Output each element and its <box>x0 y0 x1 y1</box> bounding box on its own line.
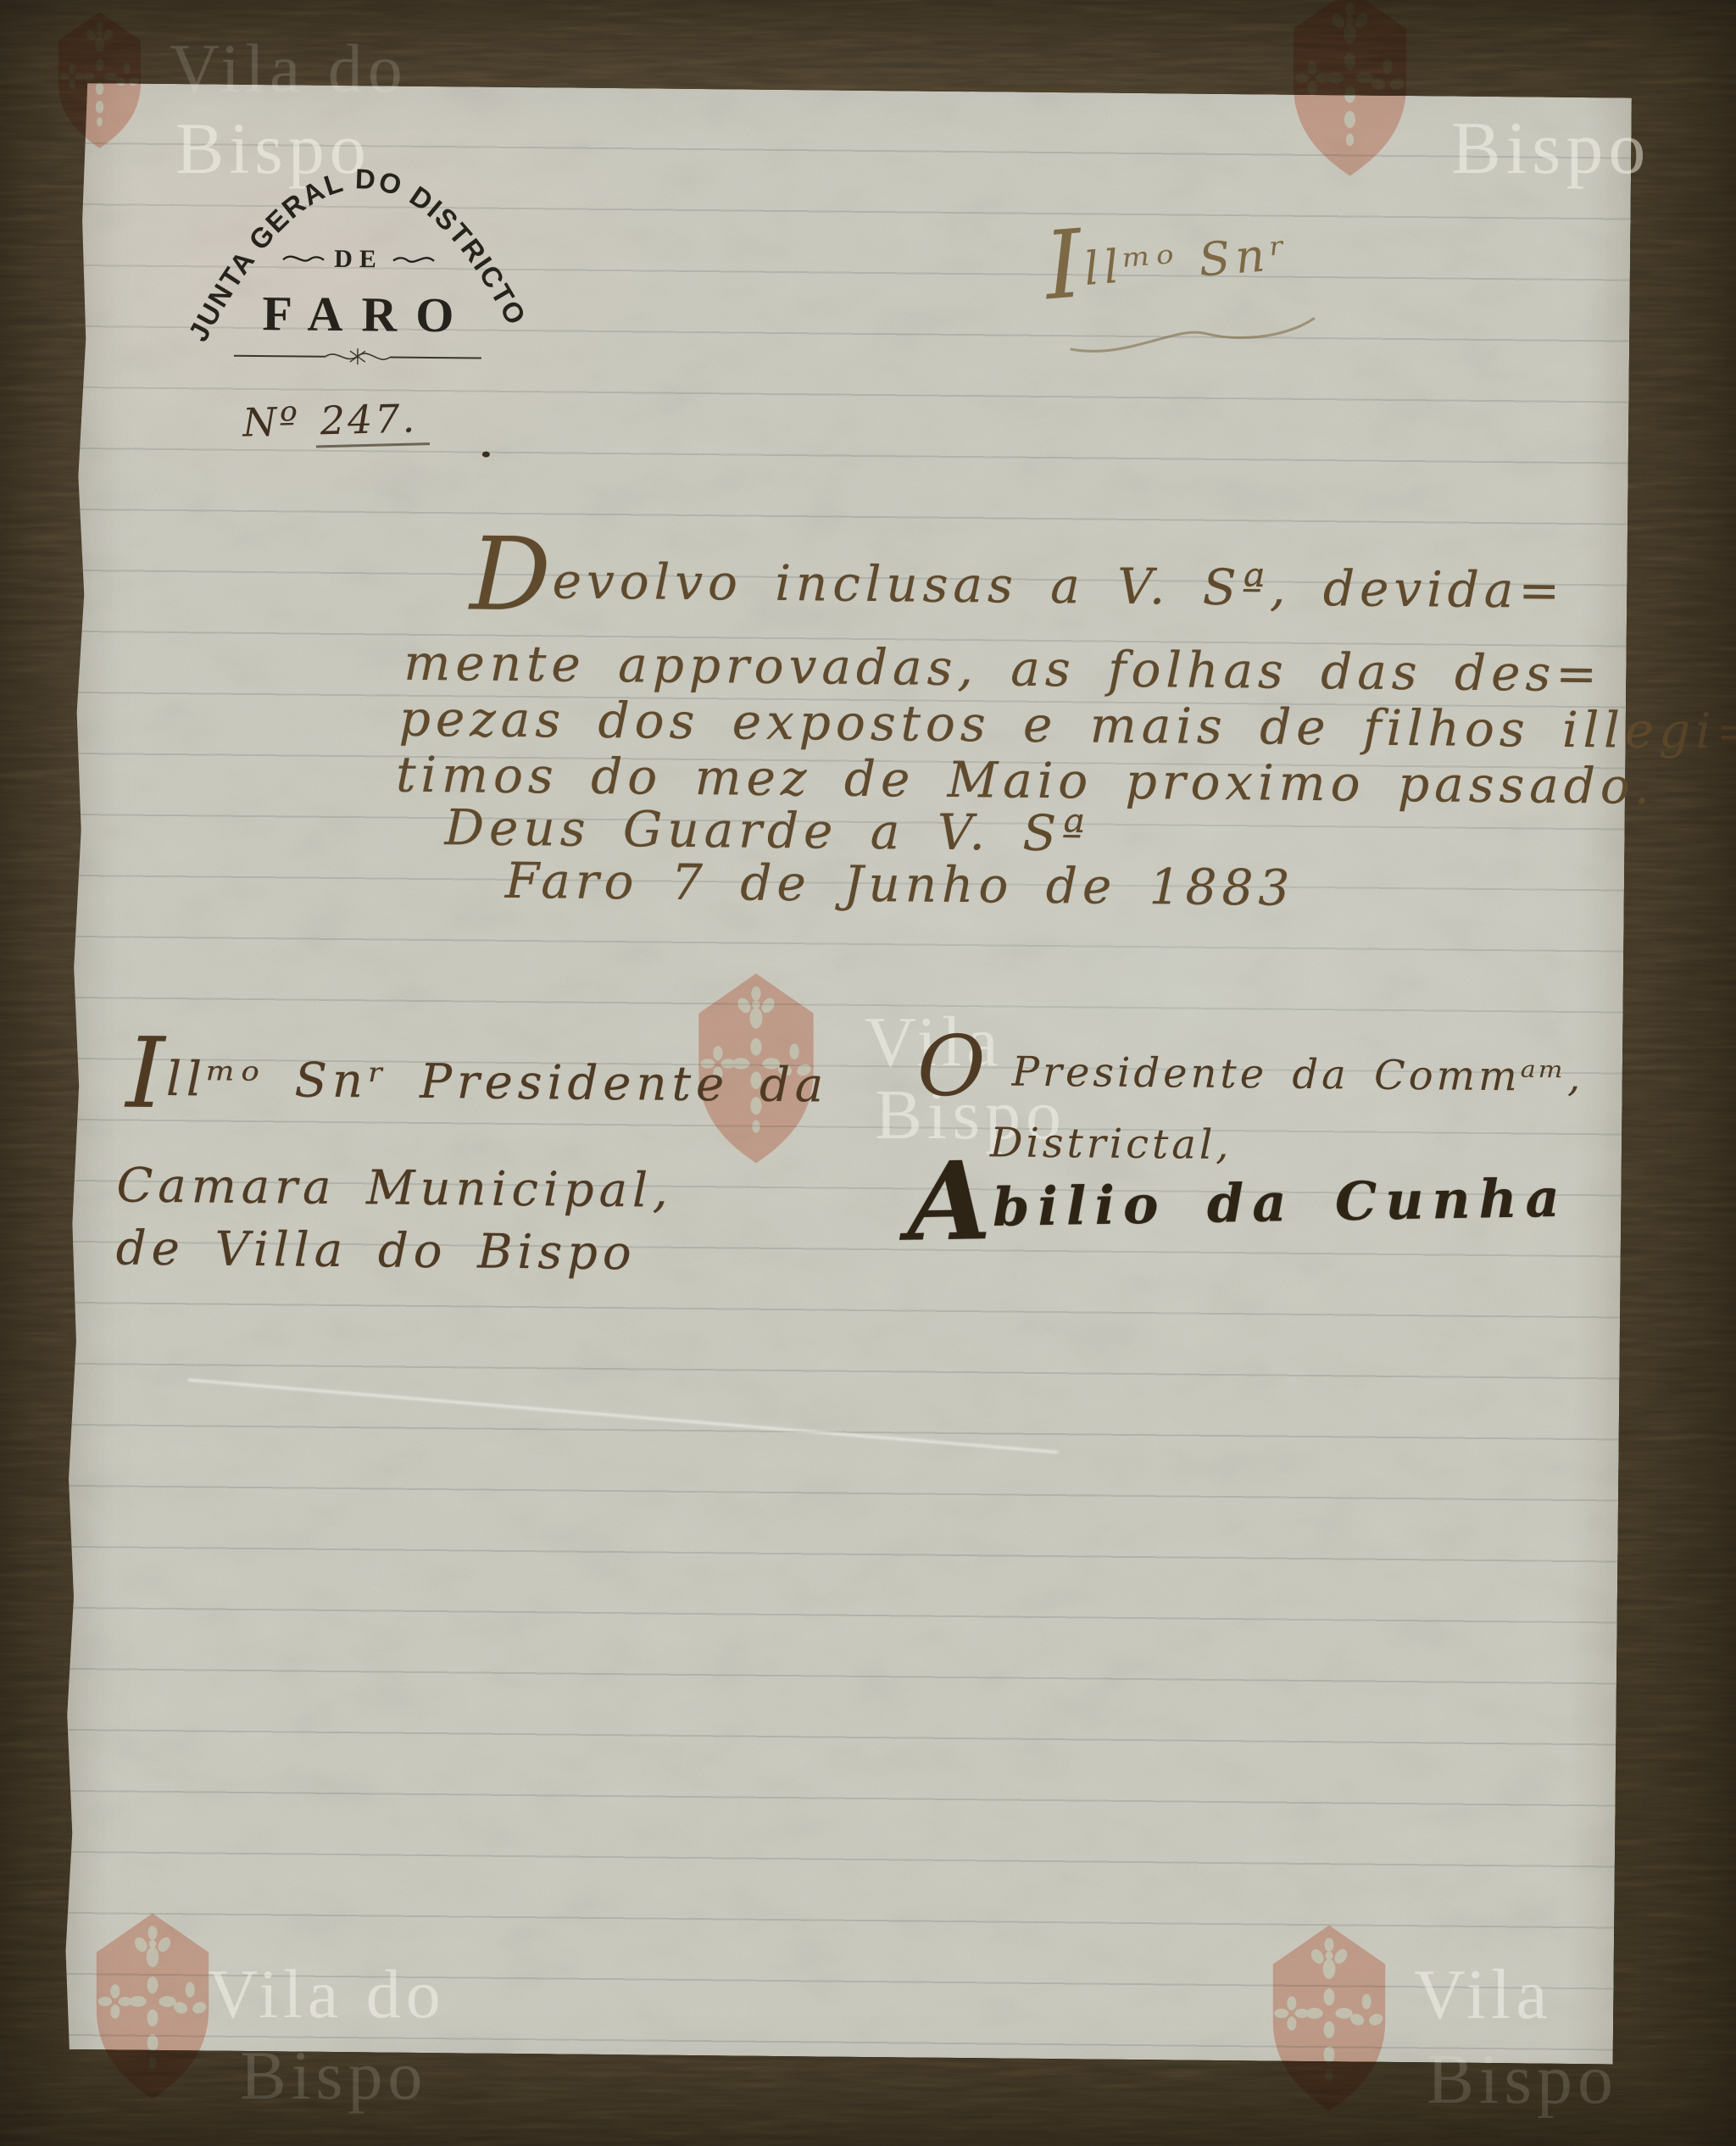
paper-mottle-texture <box>62 83 1632 2064</box>
paper-crease <box>188 1379 1059 1454</box>
scanned-letter-photo: Vila do Bispo Bispo Vila Bispo Vila do B… <box>0 0 1736 2146</box>
paper-sheet-wrap <box>62 83 1632 2064</box>
paper-sheet <box>62 83 1632 2064</box>
paper-grain-texture <box>62 83 1632 2064</box>
